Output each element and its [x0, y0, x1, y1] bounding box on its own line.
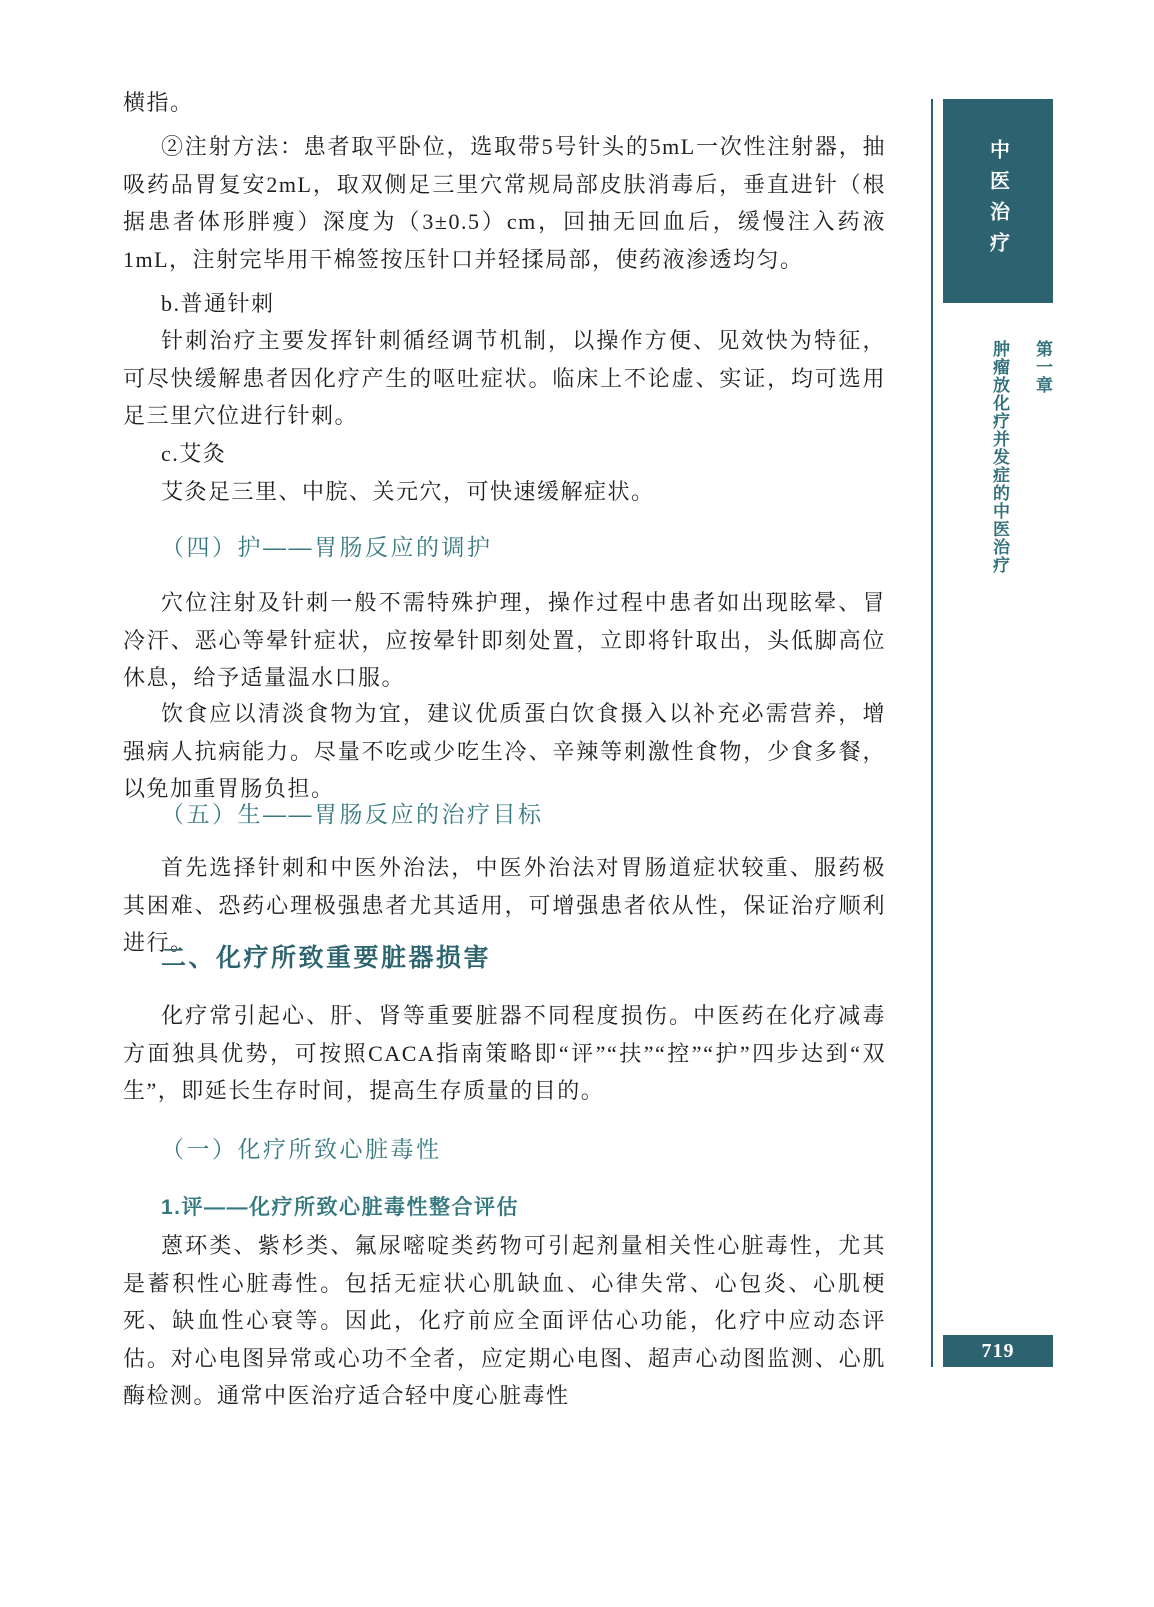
sidebar-section-tab-label: 中医治疗	[984, 139, 1013, 263]
list-item-b-heading: b.普通针刺	[123, 285, 886, 323]
subsection-heading-eval: 1.评——化疗所致心脏毒性整合评估	[123, 1191, 886, 1221]
sidebar-chapter-label: 第一章	[1030, 340, 1055, 670]
section-heading-five: （五）生——胃肠反应的治疗目标	[123, 796, 886, 829]
section-heading-one: （一）化疗所致心脏毒性	[123, 1131, 886, 1164]
section-heading-four: （四）护——胃肠反应的调护	[123, 529, 886, 562]
paragraph-nursing-2: 饮食应以清淡食物为宜，建议优质蛋白饮食摄入以补充必需营养，增强病人抗病能力。尽量…	[123, 695, 886, 808]
sidebar-chapter-marker: 第一章 肿瘤放化疗并发症的中医治疗	[987, 340, 1055, 670]
book-page: 横指。 ②注射方法：患者取平卧位，选取带5号针头的5mL一次性注射器，抽吸药品胃…	[0, 0, 1154, 1607]
sidebar-divider-line	[931, 99, 933, 1367]
paragraph-injection-method: ②注射方法：患者取平卧位，选取带5号针头的5mL一次性注射器，抽吸药品胃复安2m…	[123, 128, 886, 278]
sidebar-section-tab: 中医治疗	[943, 99, 1053, 303]
paragraph-continuation: 横指。	[123, 84, 886, 122]
paragraph-cardiotoxicity: 蒽环类、紫杉类、氟尿嘧啶类药物可引起剂量相关性心脏毒性，尤其是蓄积性心脏毒性。包…	[123, 1227, 886, 1415]
paragraph-nursing-1: 穴位注射及针刺一般不需特殊护理，操作过程中患者如出现眩晕、冒冷汗、恶心等晕针症状…	[123, 584, 886, 697]
paragraph-acupuncture: 针刺治疗主要发挥针刺循经调节机制，以操作方便、见效快为特征，可尽快缓解患者因化疗…	[123, 322, 886, 435]
chapter-section-heading-two: 二、化疗所致重要脏器损害	[123, 938, 886, 974]
page-number-badge: 719	[943, 1335, 1053, 1367]
paragraph-moxibustion: 艾灸足三里、中脘、关元穴，可快速缓解症状。	[123, 473, 886, 511]
page-number: 719	[982, 1340, 1015, 1363]
sidebar-chapter-title: 肿瘤放化疗并发症的中医治疗	[987, 340, 1012, 670]
paragraph-organ-damage: 化疗常引起心、肝、肾等重要脏器不同程度损伤。中医药在化疗减毒方面独具优势，可按照…	[123, 997, 886, 1110]
list-item-c-heading: c.艾灸	[123, 435, 886, 473]
